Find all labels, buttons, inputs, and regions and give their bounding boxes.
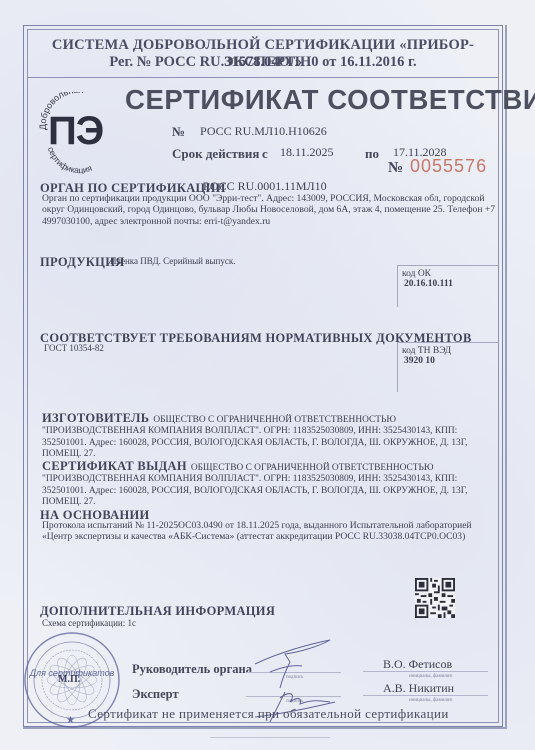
signature-role-head: Руководитель органа (132, 662, 252, 677)
system-registration: Рег. № РОСС RU.31578.04ОЛН0 от 16.11.201… (27, 54, 499, 71)
ok-code-box: код ОК 20.16.10.111 (397, 265, 499, 307)
certification-body-code: РОСС RU.0001.11МЛ10 (203, 179, 327, 194)
signature-role-expert: Эксперт (132, 687, 179, 702)
stamp-mp-label: М.П. (58, 674, 80, 685)
tnved-code-value: 3920 10 (404, 356, 499, 366)
tnved-code-box: код ТН ВЭД 3920 10 (397, 342, 499, 392)
serial-number: 0055576 (410, 156, 487, 177)
manufacturer-label: ИЗГОТОВИТЕЛЬ (42, 411, 149, 425)
pe-logo: Добровольная сертификация ПЭ (38, 92, 118, 174)
tnved-code-label: код ТН ВЭД (402, 346, 499, 356)
serial-number-label: № (388, 160, 403, 177)
validity-from-label: с (262, 146, 268, 162)
frame-shadow-right (505, 25, 507, 729)
certification-scheme: Схема сертификации: 1с (42, 618, 136, 628)
valid-from-date: 18.11.2025 (280, 145, 334, 160)
validity-to-label: по (365, 146, 379, 162)
certificate-number-label: № (172, 124, 185, 140)
name-hint-expert: инициалы, фамилия (409, 698, 452, 703)
not-mandatory-notice: Сертификат не применяется при обязательн… (88, 706, 449, 722)
svg-text:★: ★ (66, 715, 75, 726)
manufacturer-block: ИЗГОТОВИТЕЛЬОБЩЕСТВО С ОГРАНИЧЕННОЙ ОТВЕ… (42, 413, 497, 460)
product-value: Пленка ПВД. Серийный выпуск. (110, 256, 235, 266)
name-line-head (363, 671, 488, 672)
compliance-standard: ГОСТ 10354-82 (44, 343, 104, 353)
qr-code-icon (415, 578, 455, 618)
name-hint-head: инициалы, фамилия (409, 674, 452, 679)
validity-label: Срок действия (172, 146, 259, 162)
issued-to-block: СЕРТИФИКАТ ВЫДАНОБЩЕСТВО С ОГРАНИЧЕННОЙ … (42, 461, 497, 508)
certificate-number: РОСС RU.МЛ10.Н10626 (200, 124, 327, 139)
ok-code-value: 20.16.10.111 (404, 279, 499, 289)
header-divider (27, 77, 499, 78)
ok-code-label: код ОК (402, 269, 499, 279)
printer-imprint (210, 737, 330, 738)
signatory-name-expert: А.В. Никитин (383, 681, 454, 696)
additional-info-label: ДОПОЛНИТЕЛЬНАЯ ИНФОРМАЦИЯ (40, 604, 275, 619)
basis-details: Протокола испытаний № 11-2025ОС03.0490 о… (42, 520, 482, 543)
certification-body-details: Орган по сертификации продукции ООО "Эрр… (42, 193, 497, 227)
logo-mark: ПЭ (48, 109, 103, 154)
signatory-name-head: В.О. Фетисов (383, 657, 452, 672)
certificate-title: СЕРТИФИКАТ СООТВЕТСТВИЯ (125, 84, 535, 116)
issued-to-label: СЕРТИФИКАТ ВЫДАН (42, 459, 187, 473)
name-line-expert (363, 695, 488, 696)
